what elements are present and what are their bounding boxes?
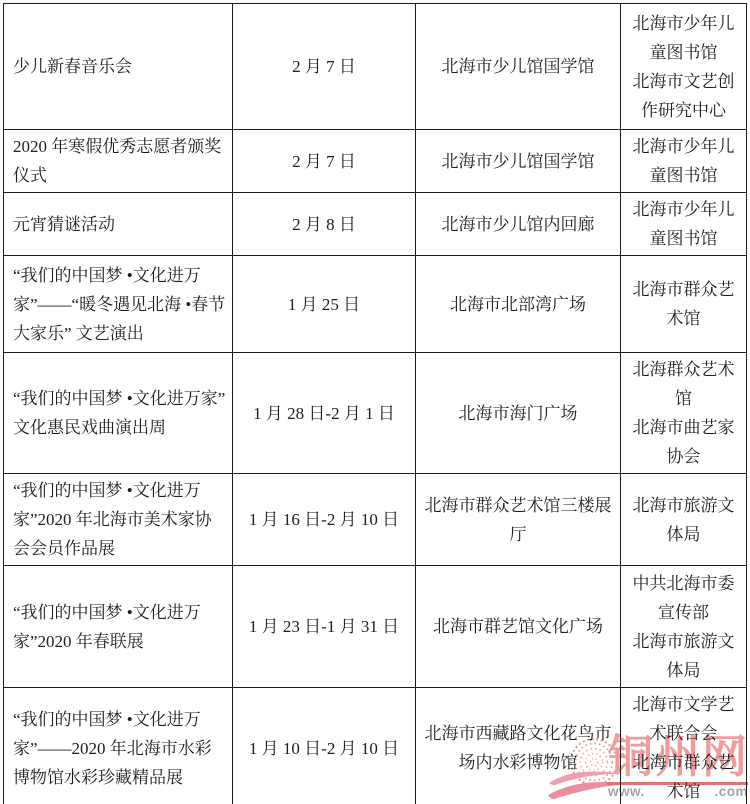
- table-row: “我们的中国梦 •文化进万家”——2020 年北海市水彩博物馆水彩珍藏精品展 1…: [4, 688, 747, 804]
- events-table-body: 少儿新春音乐会 2 月 7 日 北海市少儿馆国学馆 北海市少年儿童图书馆 北海市…: [4, 4, 747, 804]
- event-date-cell: 1 月 25 日: [233, 256, 416, 353]
- table-row: “我们的中国梦 •文化进万家”2020 年春联展 1 月 23 日-1 月 31…: [4, 566, 747, 688]
- table-row: “我们的中国梦 •文化进万家”2020 年北海市美术家协会会员作品展 1 月 1…: [4, 474, 747, 566]
- event-date-cell: 2 月 7 日: [233, 130, 416, 193]
- event-name-cell: 2020 年寒假优秀志愿者颁奖仪式: [4, 130, 233, 193]
- event-organizer-cell: 北海市旅游文体局: [621, 474, 747, 566]
- event-date-cell: 2 月 8 日: [233, 193, 416, 256]
- event-organizer-cell: 北海市少年儿童图书馆: [621, 130, 747, 193]
- event-organizer-cell: 中共北海市委宣传部 北海市旅游文体局: [621, 566, 747, 688]
- table-row: 少儿新春音乐会 2 月 7 日 北海市少儿馆国学馆 北海市少年儿童图书馆 北海市…: [4, 4, 747, 130]
- table-row: “我们的中国梦 •文化进万家”——“暖冬遇见北海 •春节大家乐” 文艺演出 1 …: [4, 256, 747, 353]
- table-row: 2020 年寒假优秀志愿者颁奖仪式 2 月 7 日 北海市少儿馆国学馆 北海市少…: [4, 130, 747, 193]
- event-name-cell: 少儿新春音乐会: [4, 4, 233, 130]
- table-row: “我们的中国梦 •文化进万家” 文化惠民戏曲演出周 1 月 28 日-2 月 1…: [4, 353, 747, 474]
- event-organizer-cell: 北海市群众艺术馆: [621, 256, 747, 353]
- event-name-cell: “我们的中国梦 •文化进万家”2020 年北海市美术家协会会员作品展: [4, 474, 233, 566]
- event-date-cell: 1 月 28 日-2 月 1 日: [233, 353, 416, 474]
- event-venue-cell: 北海市群众艺术馆三楼展厅: [416, 474, 621, 566]
- event-venue-cell: 北海市少儿馆国学馆: [416, 130, 621, 193]
- event-venue-cell: 北海市少儿馆国学馆: [416, 4, 621, 130]
- event-date-cell: 2 月 7 日: [233, 4, 416, 130]
- event-venue-cell: 北海市西藏路文化花鸟市场内水彩博物馆: [416, 688, 621, 804]
- event-name-cell: “我们的中国梦 •文化进万家”——“暖冬遇见北海 •春节大家乐” 文艺演出: [4, 256, 233, 353]
- event-name-cell: “我们的中国梦 •文化进万家” 文化惠民戏曲演出周: [4, 353, 233, 474]
- event-name-cell: “我们的中国梦 •文化进万家”——2020 年北海市水彩博物馆水彩珍藏精品展: [4, 688, 233, 804]
- event-venue-cell: 北海市海门广场: [416, 353, 621, 474]
- event-organizer-cell: 北海市少年儿童图书馆 北海市文艺创作研究中心: [621, 4, 747, 130]
- event-organizer-cell: 北海群众艺术馆 北海市曲艺家协会: [621, 353, 747, 474]
- events-schedule-table: 少儿新春音乐会 2 月 7 日 北海市少儿馆国学馆 北海市少年儿童图书馆 北海市…: [3, 3, 747, 804]
- event-organizer-cell: 北海市文学艺术联合会 北海市群众艺术馆: [621, 688, 747, 804]
- event-date-cell: 1 月 16 日-2 月 10 日: [233, 474, 416, 566]
- event-venue-cell: 北海市北部湾广场: [416, 256, 621, 353]
- event-name-cell: 元宵猜谜活动: [4, 193, 233, 256]
- event-venue-cell: 北海市群艺馆文化广场: [416, 566, 621, 688]
- event-organizer-cell: 北海市少年儿童图书馆: [621, 193, 747, 256]
- event-venue-cell: 北海市少儿馆内回廊: [416, 193, 621, 256]
- table-row: 元宵猜谜活动 2 月 8 日 北海市少儿馆内回廊 北海市少年儿童图书馆: [4, 193, 747, 256]
- event-date-cell: 1 月 10 日-2 月 10 日: [233, 688, 416, 804]
- event-date-cell: 1 月 23 日-1 月 31 日: [233, 566, 416, 688]
- event-name-cell: “我们的中国梦 •文化进万家”2020 年春联展: [4, 566, 233, 688]
